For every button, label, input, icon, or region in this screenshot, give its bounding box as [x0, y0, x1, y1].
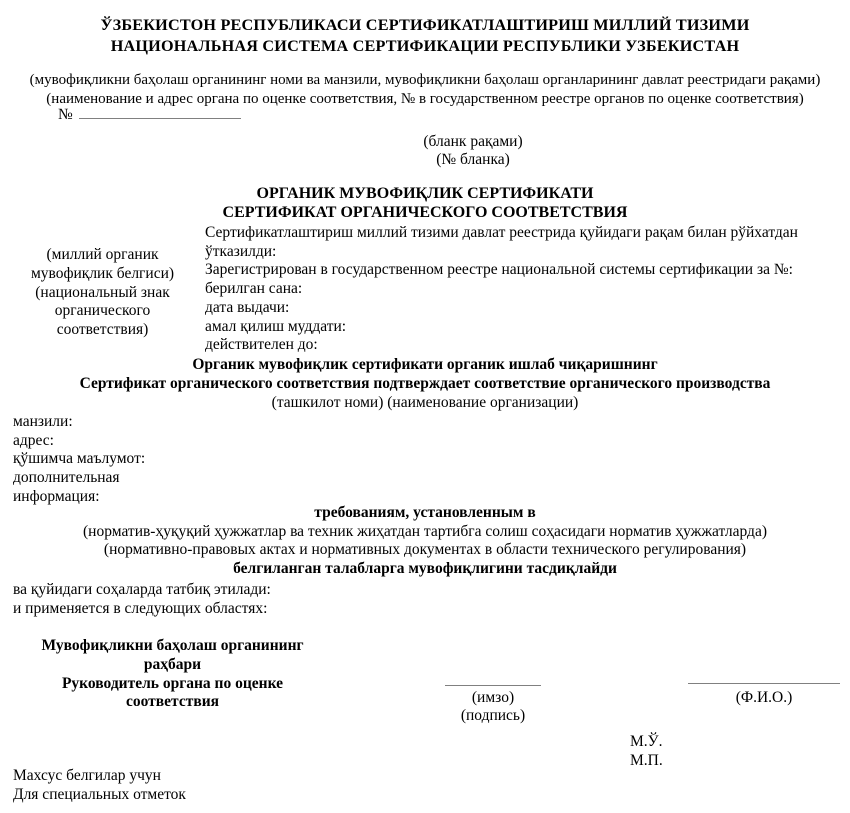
registration-lines: Сертификатлаштириш миллий тизими давлат …: [205, 224, 842, 355]
org-note-uz: (мувофиқликни баҳолаш органининг номи ва…: [0, 71, 850, 90]
signature-blank-line: [445, 685, 541, 686]
org-name-note: (ташкилот номи) (наименование организаци…: [0, 393, 850, 412]
requirements-outro-uz: белгиланган талабларга мувофиқлигини тас…: [0, 560, 850, 579]
signature-caption-ru: (подпись): [428, 707, 558, 725]
extra-info-label-uz: қўшимча маълумот:: [13, 450, 145, 469]
certificate-heading-uz: ОРГАНИК МУВОФИҚЛИК СЕРТИФИКАТИ: [0, 184, 850, 203]
mark-label-line: (миллий органик: [0, 246, 205, 265]
signatory-title-line: Руководитель органа по оценке: [25, 675, 320, 694]
confirmation-statement: Органик мувофиқлик сертификати органик и…: [0, 355, 850, 412]
certificate-heading-ru: СЕРТИФИКАТ ОРГАНИЧЕСКОГО СООТВЕТСТВИЯ: [0, 203, 850, 222]
seal-place: М.Ў. М.П.: [630, 733, 663, 770]
special-marks-ru: Для специальных отметок: [13, 786, 186, 805]
valid-until-label-ru: действителен до:: [205, 336, 842, 355]
issue-date-label-uz: берилган сана:: [205, 280, 842, 299]
requirements-section: требованиям, установленным в (норматив-ҳ…: [0, 504, 850, 578]
registration-line-ru: Зарегистрирован в государственном реестр…: [205, 261, 842, 280]
extra-info-label-ru: дополнительная: [13, 469, 145, 488]
national-organic-mark-label: (миллий органик мувофиқлик белгиси) (нац…: [0, 224, 205, 355]
org-note: (мувофиқликни баҳолаш органининг номи ва…: [0, 71, 850, 108]
mark-label-line: органического: [0, 302, 205, 321]
number-label: №: [58, 106, 73, 123]
valid-until-label-uz: амал қилиш муддати:: [205, 318, 842, 337]
fio-blank-line: [688, 683, 840, 684]
special-marks-uz: Махсус белгилар учун: [13, 767, 186, 786]
certificate-heading: ОРГАНИК МУВОФИҚЛИК СЕРТИФИКАТИ СЕРТИФИКА…: [0, 184, 850, 222]
blank-note-ru: (№ бланка): [96, 151, 850, 169]
confirmation-bold-uz: Органик мувофиқлик сертификати органик и…: [0, 355, 850, 374]
certificate-form-page: ЎЗБЕКИСТОН РЕСПУБЛИКАСИ СЕРТИФИКАТЛАШТИР…: [0, 0, 850, 813]
document-title-ru: НАЦИОНАЛЬНАЯ СИСТЕМА СЕРТИФИКАЦИИ РЕСПУБ…: [0, 36, 850, 57]
mark-label-line: соответствия): [0, 321, 205, 340]
requirements-note-ru: (нормативно-правовых актах и нормативных…: [0, 541, 850, 560]
registration-section: (миллий органик мувофиқлик белгиси) (нац…: [0, 224, 842, 355]
seal-label-uz: М.Ў.: [630, 733, 663, 752]
signature-caption-uz: (имзо): [428, 689, 558, 707]
blank-note-uz: (бланк рақами): [96, 133, 850, 151]
document-title: ЎЗБЕКИСТОН РЕСПУБЛИКАСИ СЕРТИФИКАТЛАШТИР…: [0, 15, 850, 56]
requirements-intro-ru: требованиям, установленным в: [0, 504, 850, 523]
confirmation-bold-ru: Сертификат органического соответствия по…: [0, 374, 850, 393]
seal-label-ru: М.П.: [630, 752, 663, 771]
fio-caption: (Ф.И.О.): [700, 689, 828, 708]
address-label-uz: манзили:: [13, 413, 145, 432]
areas-label-ru: и применяется в следующих областях:: [13, 600, 271, 619]
signatory-title-line: раҳбари: [25, 656, 320, 675]
mark-label-line: мувофиқлик белгиси): [0, 265, 205, 284]
document-title-uz: ЎЗБЕКИСТОН РЕСПУБЛИКАСИ СЕРТИФИКАТЛАШТИР…: [0, 15, 850, 36]
areas-label-uz: ва қуйидаги соҳаларда татбиқ этилади:: [13, 581, 271, 600]
org-number-row: №: [58, 105, 241, 125]
address-label-ru: адрес:: [13, 432, 145, 451]
issue-date-label-ru: дата выдачи:: [205, 299, 842, 318]
application-areas: ва қуйидаги соҳаларда татбиқ этилади: и …: [13, 581, 271, 618]
signatory-title: Мувофиқликни баҳолаш органининг раҳбари …: [25, 637, 320, 712]
mark-label-line: (национальный знак: [0, 284, 205, 303]
blank-number-note: (бланк рақами) (№ бланка): [0, 133, 850, 170]
details-labels: манзили: адрес: қўшимча маълумот: дополн…: [13, 413, 145, 507]
registration-line-uz: Сертификатлаштириш миллий тизими давлат …: [205, 224, 842, 243]
special-marks-note: Махсус белгилар учун Для специальных отм…: [13, 767, 186, 804]
signatory-title-line: соответствия: [25, 693, 320, 712]
signature-caption: (имзо) (подпись): [428, 689, 558, 726]
registration-line-uz-cont: ўтказилди:: [205, 243, 842, 262]
number-blank-line: [79, 105, 241, 119]
requirements-note-uz: (норматив-ҳуқуқий ҳужжатлар ва техник жи…: [0, 523, 850, 542]
signatory-title-line: Мувофиқликни баҳолаш органининг: [25, 637, 320, 656]
